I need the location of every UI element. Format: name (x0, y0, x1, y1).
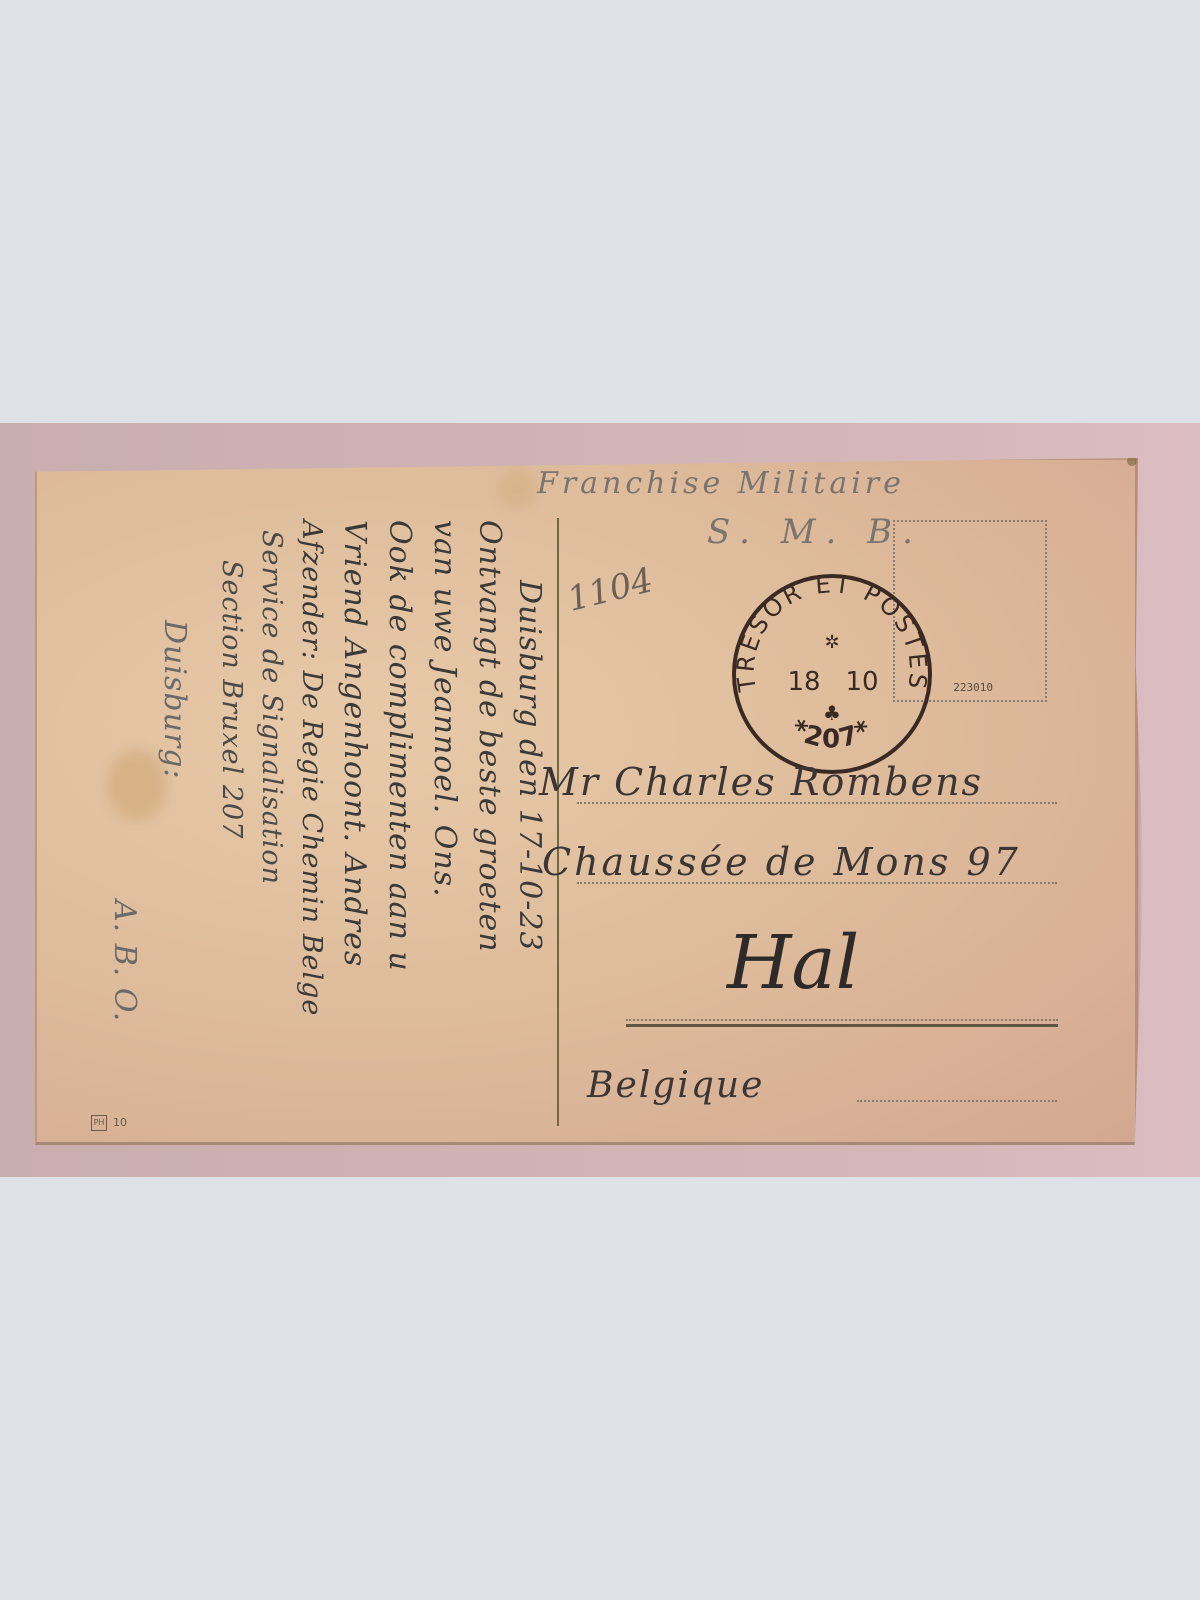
pencil-initials: S. M. B. (707, 512, 923, 552)
address-country: Belgique (587, 1065, 764, 1106)
address-name: Mr Charles Rombens (539, 760, 983, 804)
pencil-number: 1104 (563, 560, 657, 620)
message-line: Section Bruxel 207 (216, 560, 247, 839)
stamp-box-number: 223010 (953, 681, 993, 694)
postcard-photo: Franchise Militaire S. M. B. 1104 223010… (0, 423, 1200, 1177)
message-area: Duisburg den 17-10-23 Ontvangt de beste … (57, 500, 547, 1120)
publisher-mark: PH10 (91, 1115, 127, 1131)
address-line-2 (577, 882, 1057, 884)
message-line: Vriend Angenhoont. Andres (337, 520, 372, 967)
publisher-logo-icon: PH (91, 1115, 107, 1131)
pencil-header: Franchise Militaire (537, 466, 905, 501)
address-line-4 (857, 1100, 1057, 1102)
clover-icon: ♣ (823, 701, 841, 725)
address-line-1 (577, 802, 1057, 804)
address-city: Hal (727, 920, 859, 1006)
message-line: Duisburg: (157, 620, 192, 780)
address-street: Chaussée de Mons 97 (542, 840, 1021, 884)
publisher-number: 10 (113, 1116, 127, 1129)
postmark: TRESOR ET POSTES *207* ✲ 18 10 ♣ (730, 572, 934, 776)
center-divider (557, 518, 559, 1126)
corner-mark (1127, 456, 1137, 466)
message-line: Service de Signalisation (256, 530, 287, 885)
address-city-underline (626, 1024, 1058, 1027)
message-line: Ontvangt de beste groeten (472, 520, 507, 953)
star-icon: ✲ (824, 632, 839, 653)
message-line: Afzender: De Regie Chemin Belge (296, 520, 327, 1016)
postcard-back: Franchise Militaire S. M. B. 1104 223010… (35, 458, 1138, 1145)
message-line: van uwe Jeannoel. Ons. (427, 520, 462, 898)
message-line: A. B. O. (107, 900, 142, 1022)
address-line-3 (626, 1019, 1058, 1021)
message-line: Ook de complimenten aan u (382, 520, 417, 972)
postmark-month: 10 (845, 667, 878, 697)
postmark-day: 18 (787, 667, 820, 697)
